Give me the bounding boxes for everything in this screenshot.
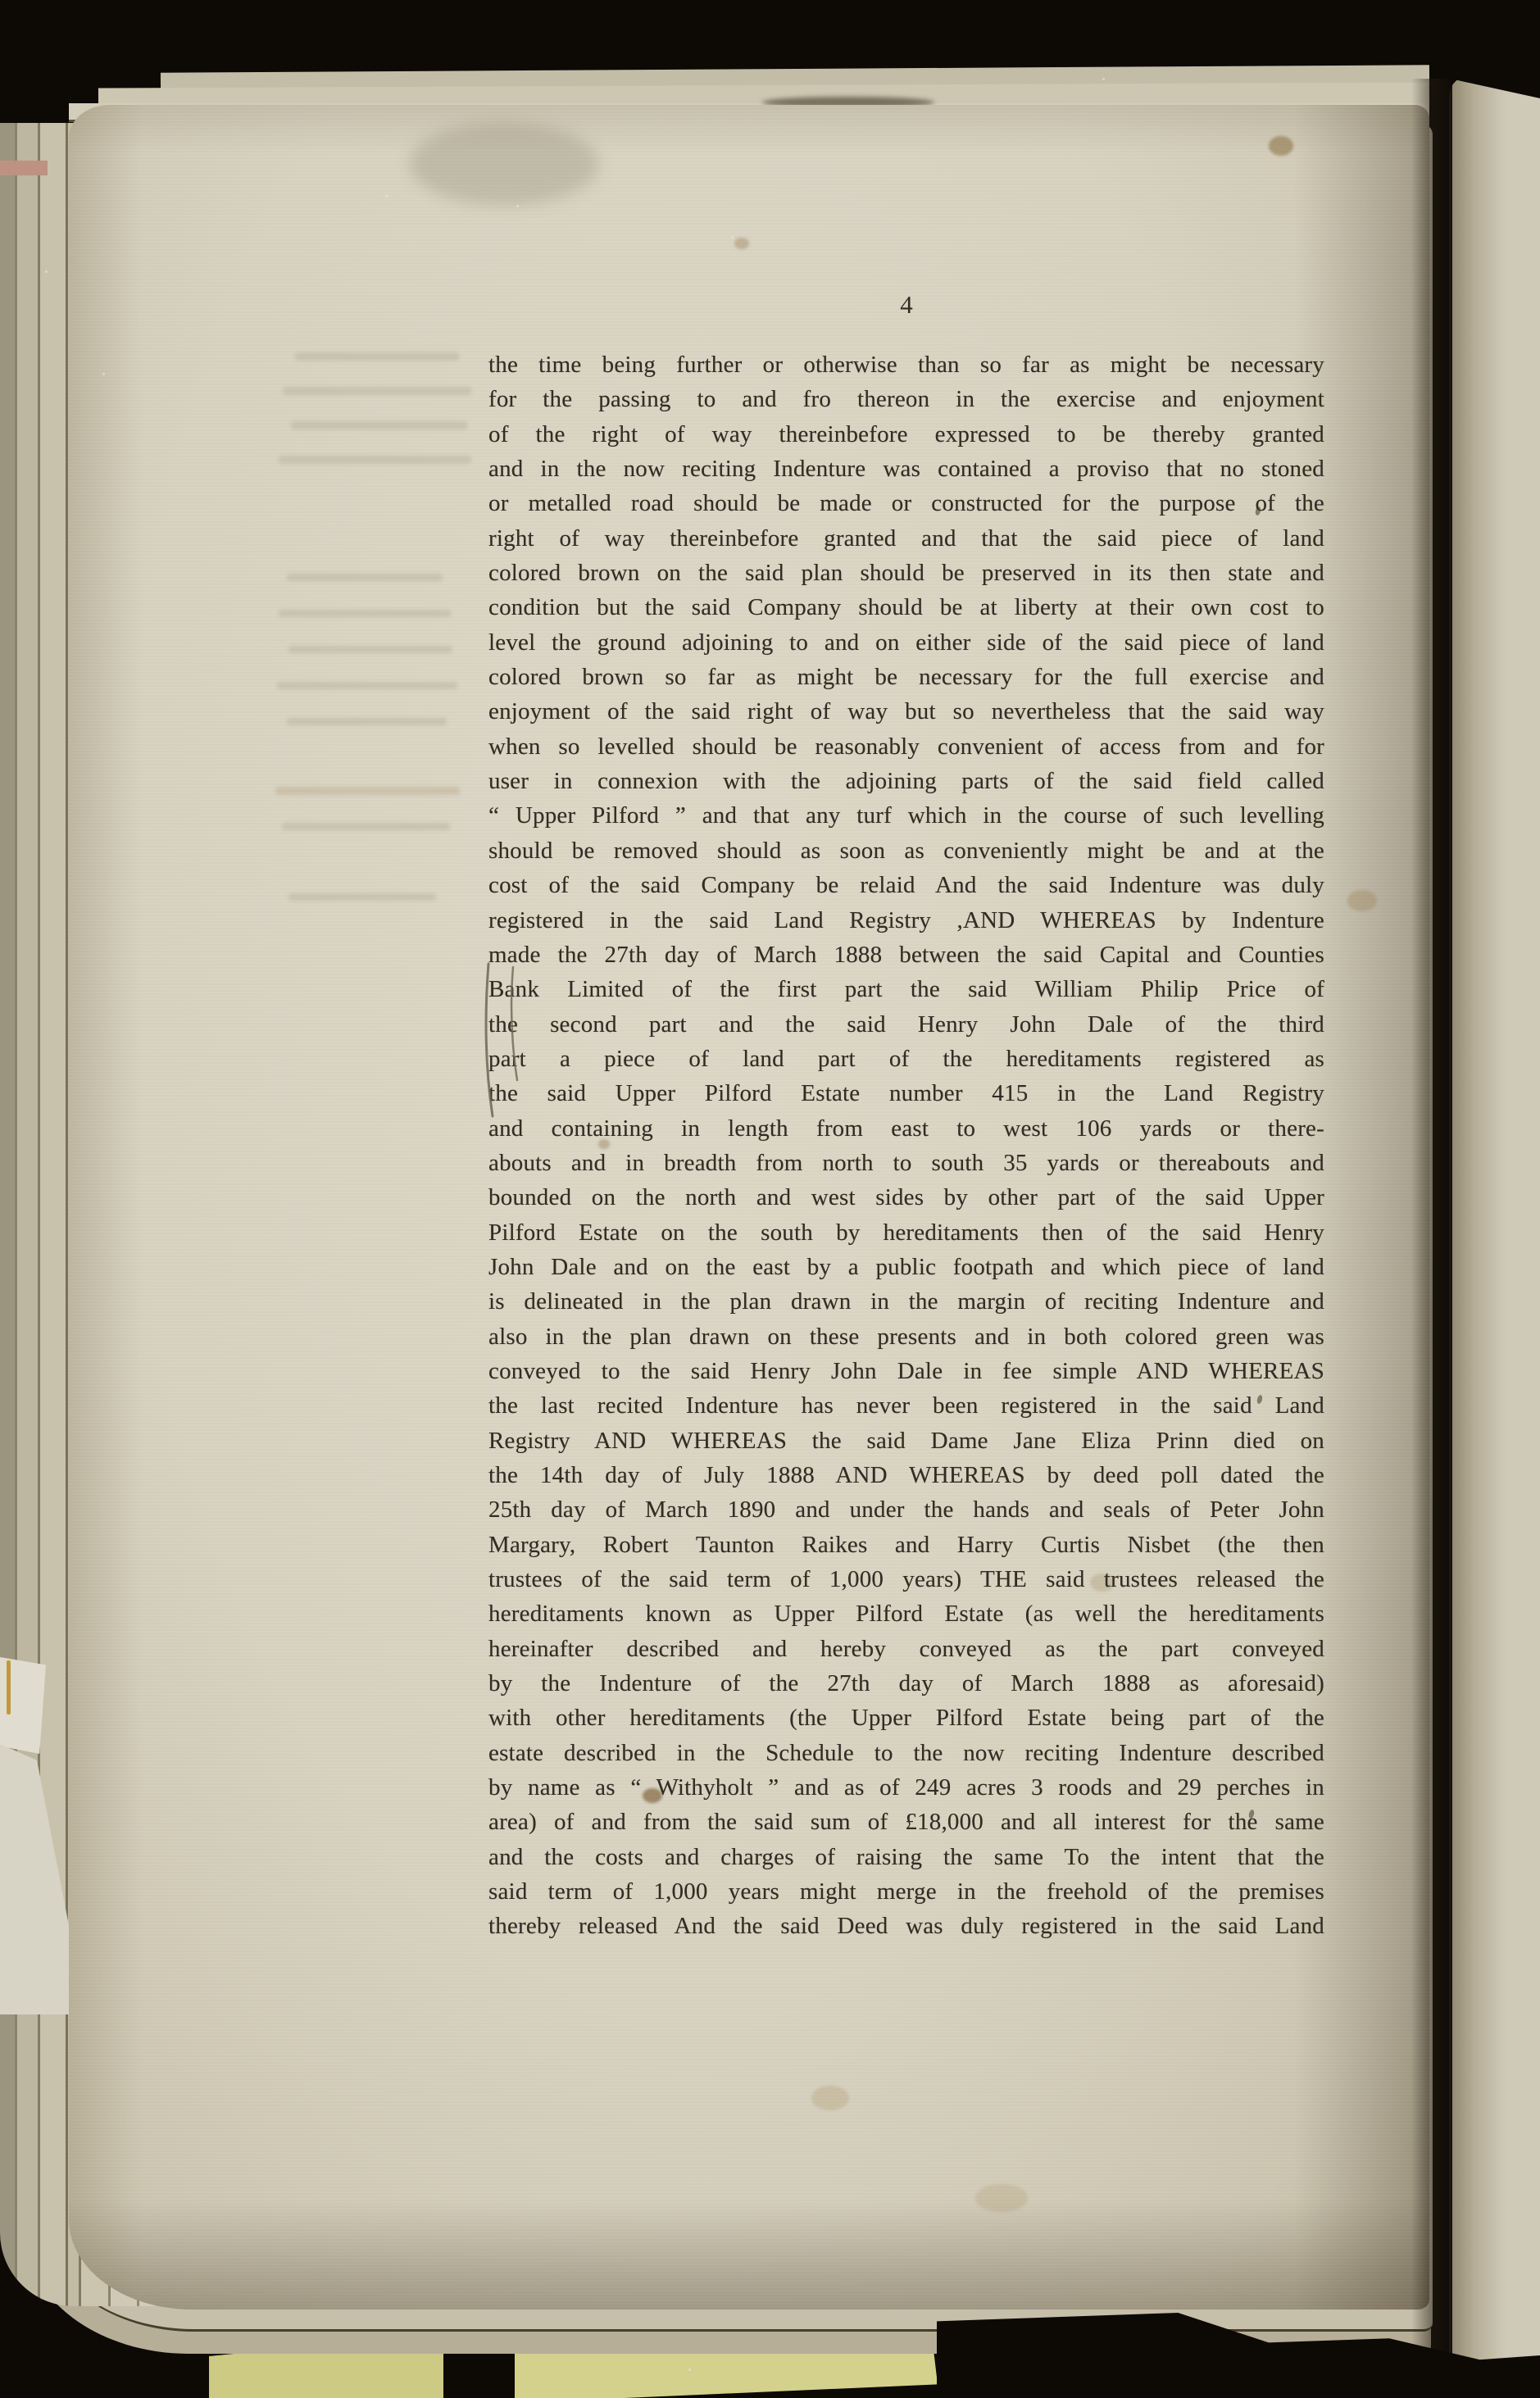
text-line: cost of the said Company be relaid And t… — [488, 868, 1324, 902]
text-line: Pilford Estate on the south by hereditam… — [488, 1215, 1324, 1250]
text-line: or metalled road should be made or const… — [488, 486, 1324, 520]
text-line: made the 27th day of March 1888 between … — [488, 938, 1324, 972]
show-through-smudge — [287, 574, 443, 581]
text-line: for the passing to and fro thereon in th… — [488, 382, 1324, 416]
text-line: bounded on the north and west sides by o… — [488, 1180, 1324, 1215]
text-line: Bank Limited of the first part the said … — [488, 972, 1324, 1006]
text-line: abouts and in breadth from north to sout… — [488, 1146, 1324, 1180]
text-line: colored brown so far as might be necessa… — [488, 660, 1324, 694]
text-line: hereditaments known as Upper Pilford Est… — [488, 1596, 1324, 1631]
text-line: and containing in length from east to we… — [488, 1111, 1324, 1146]
foxing-spot — [1347, 890, 1377, 911]
show-through-smudge — [282, 823, 450, 830]
foxing-spot — [975, 2184, 1028, 2212]
text-line: should be removed should as soon as conv… — [488, 833, 1324, 868]
text-line: level the ground adjoining to and on eit… — [488, 625, 1324, 660]
show-through-smudge — [288, 646, 452, 653]
text-line: of the right of way thereinbefore expres… — [488, 417, 1324, 452]
text-line: with other hereditaments (the Upper Pilf… — [488, 1701, 1324, 1735]
text-line: estate described in the Schedule to the … — [488, 1736, 1324, 1770]
text-line: is delineated in the plan drawn in the m… — [488, 1284, 1324, 1319]
text-line: colored brown on the said plan should be… — [488, 556, 1324, 590]
foxing-spot — [811, 2086, 849, 2110]
text-line: said term of 1,000 years might merge in … — [488, 1874, 1324, 1909]
text-line: by name as “ Withyholt ” and as of 249 a… — [488, 1770, 1324, 1805]
gutter-shadow — [1411, 79, 1452, 2373]
dust-speck — [688, 2368, 691, 2371]
text-line: the second part and the said Henry John … — [488, 1007, 1324, 1042]
text-line: the said Upper Pilford Estate number 415… — [488, 1076, 1324, 1110]
show-through-smudge — [279, 456, 471, 464]
text-line: part a piece of land part of the heredit… — [488, 1042, 1324, 1076]
foxing-spot — [734, 238, 749, 249]
dust-speck — [1102, 78, 1105, 80]
text-line: and the costs and charges of raising the… — [488, 1840, 1324, 1874]
show-through-smudge — [283, 387, 471, 395]
left-glue-drip — [7, 1660, 11, 1714]
text-line: the last recited Indenture has never bee… — [488, 1388, 1324, 1423]
dust-speck — [102, 373, 105, 375]
foxing-spot — [1269, 136, 1293, 156]
text-line: also in the plan drawn on these presents… — [488, 1319, 1324, 1354]
show-through-smudge — [275, 787, 460, 795]
scan-smudge — [410, 123, 598, 205]
text-block: the time being further or otherwise than… — [488, 347, 1324, 1944]
text-line: right of way thereinbefore granted and t… — [488, 521, 1324, 556]
text-line: and in the now reciting Indenture was co… — [488, 452, 1324, 486]
text-line: condition but the said Company should be… — [488, 590, 1324, 624]
show-through-smudge — [277, 682, 457, 689]
scanner-background: 4 the time being further or otherwise th… — [0, 0, 1540, 2398]
text-line: the 14th day of July 1888 AND WHEREAS by… — [488, 1458, 1324, 1492]
show-through-smudge — [288, 893, 436, 901]
show-through-smudge — [295, 352, 459, 361]
text-line: conveyed to the said Henry John Dale in … — [488, 1354, 1324, 1388]
facing-page-sliver — [1449, 75, 1540, 2375]
text-line: Registry AND WHEREAS the said Dame Jane … — [488, 1424, 1324, 1458]
show-through-smudge — [287, 718, 447, 725]
dust-speck — [516, 205, 519, 207]
left-pink-page-edge — [0, 161, 48, 175]
show-through-smudge — [279, 610, 451, 617]
text-line: registered in the said Land Registry ,AN… — [488, 903, 1324, 938]
text-line: John Dale and on the east by a public fo… — [488, 1250, 1324, 1284]
show-through-smudge — [291, 421, 467, 429]
text-line: by the Indenture of the 27th day of Marc… — [488, 1666, 1324, 1701]
text-line: area) of and from the said sum of £18,00… — [488, 1805, 1324, 1839]
text-line: 25th day of March 1890 and under the han… — [488, 1492, 1324, 1527]
text-line: the time being further or otherwise than… — [488, 347, 1324, 382]
text-line: hereinafter described and hereby conveye… — [488, 1632, 1324, 1666]
text-line: when so levelled should be reasonably co… — [488, 729, 1324, 764]
text-line: Margary, Robert Taunton Raikes and Harry… — [488, 1528, 1324, 1562]
text-line: trustees of the said term of 1,000 years… — [488, 1562, 1324, 1596]
text-line: “ Upper Pilford ” and that any turf whic… — [488, 798, 1324, 833]
dust-speck — [385, 195, 388, 198]
text-line: user in connexion with the adjoining par… — [488, 764, 1324, 798]
dust-speck — [731, 236, 734, 238]
text-line: thereby released And the said Deed was d… — [488, 1909, 1324, 1943]
dust-speck — [45, 270, 48, 273]
page-number: 4 — [488, 290, 1324, 320]
text-line: enjoyment of the said right of way but s… — [488, 694, 1324, 729]
